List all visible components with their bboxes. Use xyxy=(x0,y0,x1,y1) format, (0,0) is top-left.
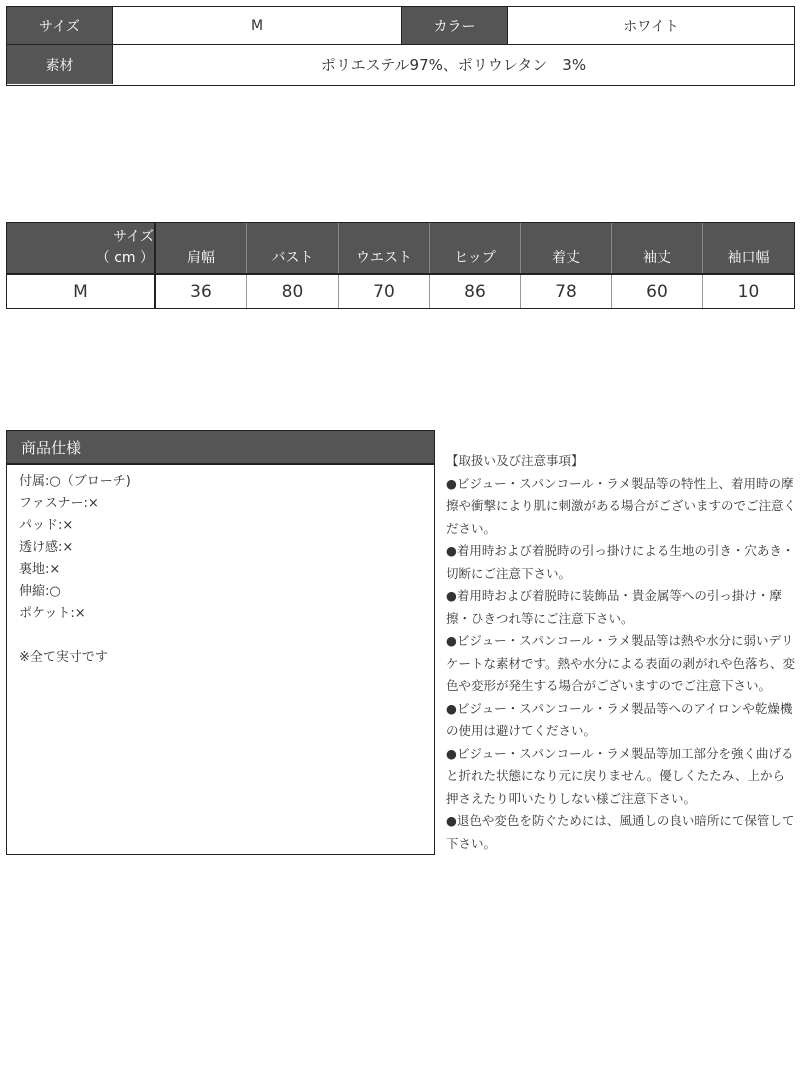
care-note-item: ●ビジュー・スパンコール・ラメ製品等の特性上、着用時の摩擦や衝撃により肌に刺激が… xyxy=(446,473,796,541)
spec-item-pad: パッド:× xyxy=(19,515,131,537)
product-spec-box: 商品仕様 付属:○（ブローチ) ファスナー:× パッド:× 透け感:× 裏地:×… xyxy=(6,430,435,855)
care-notes: 【取扱い及び注意事項】 ●ビジュー・スパンコール・ラメ製品等の特性上、着用時の摩… xyxy=(446,450,796,855)
value-cuff-width: 10 xyxy=(703,275,794,308)
spec-item-lining: 裏地:× xyxy=(19,559,131,581)
care-note-item: ●退色や変色を防ぐためには、風通しの良い暗所にて保管して下さい。 xyxy=(446,810,796,855)
care-note-item: ●着用時および着脱時の引っ掛けによる生地の引き・穴あき・切断にご注意下さい。 xyxy=(446,540,796,585)
header-hip: ヒップ xyxy=(430,223,521,273)
value-sleeve-length: 60 xyxy=(612,275,703,308)
size-corner-header: サイズ （ cm ） xyxy=(7,223,156,273)
value-hip: 86 xyxy=(430,275,521,308)
spec-item-accessory: 付属:○（ブローチ) xyxy=(19,471,131,493)
size-label: サイズ xyxy=(7,7,113,45)
header-bust: バスト xyxy=(247,223,339,273)
care-note-item: ●着用時および着脱時に装飾品・貴金属等への引っ掛け・摩擦・ひきつれ等にご注意下さ… xyxy=(446,585,796,630)
spec-title: 商品仕様 xyxy=(7,431,434,465)
care-note-item: ●ビジュー・スパンコール・ラメ製品等は熱や水分に弱いデリケートな素材です。熱や水… xyxy=(446,630,796,698)
material-label: 素材 xyxy=(7,45,113,84)
row-size: M xyxy=(7,275,156,308)
value-waist: 70 xyxy=(339,275,430,308)
color-value: ホワイト xyxy=(508,7,794,45)
color-label: カラー xyxy=(401,7,508,45)
header-sleeve-length: 袖丈 xyxy=(612,223,703,273)
care-note-item: ●ビジュー・スパンコール・ラメ製品等加工部分を強く曲げると折れた状態になり元に戻… xyxy=(446,743,796,811)
value-bust: 80 xyxy=(247,275,339,308)
care-notes-title: 【取扱い及び注意事項】 xyxy=(446,450,796,473)
value-shoulder: 36 xyxy=(156,275,247,308)
spec-item-stretch: 伸縮:○ xyxy=(19,581,131,603)
spec-item-sheerness: 透け感:× xyxy=(19,537,131,559)
header-cuff-width: 袖口幅 xyxy=(703,223,794,273)
value-length: 78 xyxy=(521,275,612,308)
corner-line-unit: （ cm ） xyxy=(96,248,154,269)
material-value: ポリエステル97%、ポリウレタン 3% xyxy=(113,45,794,84)
corner-line-size: サイズ xyxy=(113,227,154,248)
spec-note: ※全て実寸です xyxy=(19,647,131,669)
spacer xyxy=(19,625,131,647)
spec-list: 付属:○（ブローチ) ファスナー:× パッド:× 透け感:× 裏地:× 伸縮:○… xyxy=(19,471,131,669)
spec-item-pocket: ポケット:× xyxy=(19,603,131,625)
care-note-item: ●ビジュー・スパンコール・ラメ製品等へのアイロンや乾燥機の使用は避けてください。 xyxy=(446,698,796,743)
header-shoulder: 肩幅 xyxy=(156,223,247,273)
product-info-table: サイズ M カラー ホワイト 素材 ポリエステル97%、ポリウレタン 3% xyxy=(6,6,795,86)
size-value: M xyxy=(113,7,401,45)
measurement-table: サイズ （ cm ） 肩幅 バスト ウエスト ヒップ 着丈 袖丈 袖口幅 M 3… xyxy=(6,222,795,309)
header-waist: ウエスト xyxy=(339,223,430,273)
header-length: 着丈 xyxy=(521,223,612,273)
spec-item-zipper: ファスナー:× xyxy=(19,493,131,515)
